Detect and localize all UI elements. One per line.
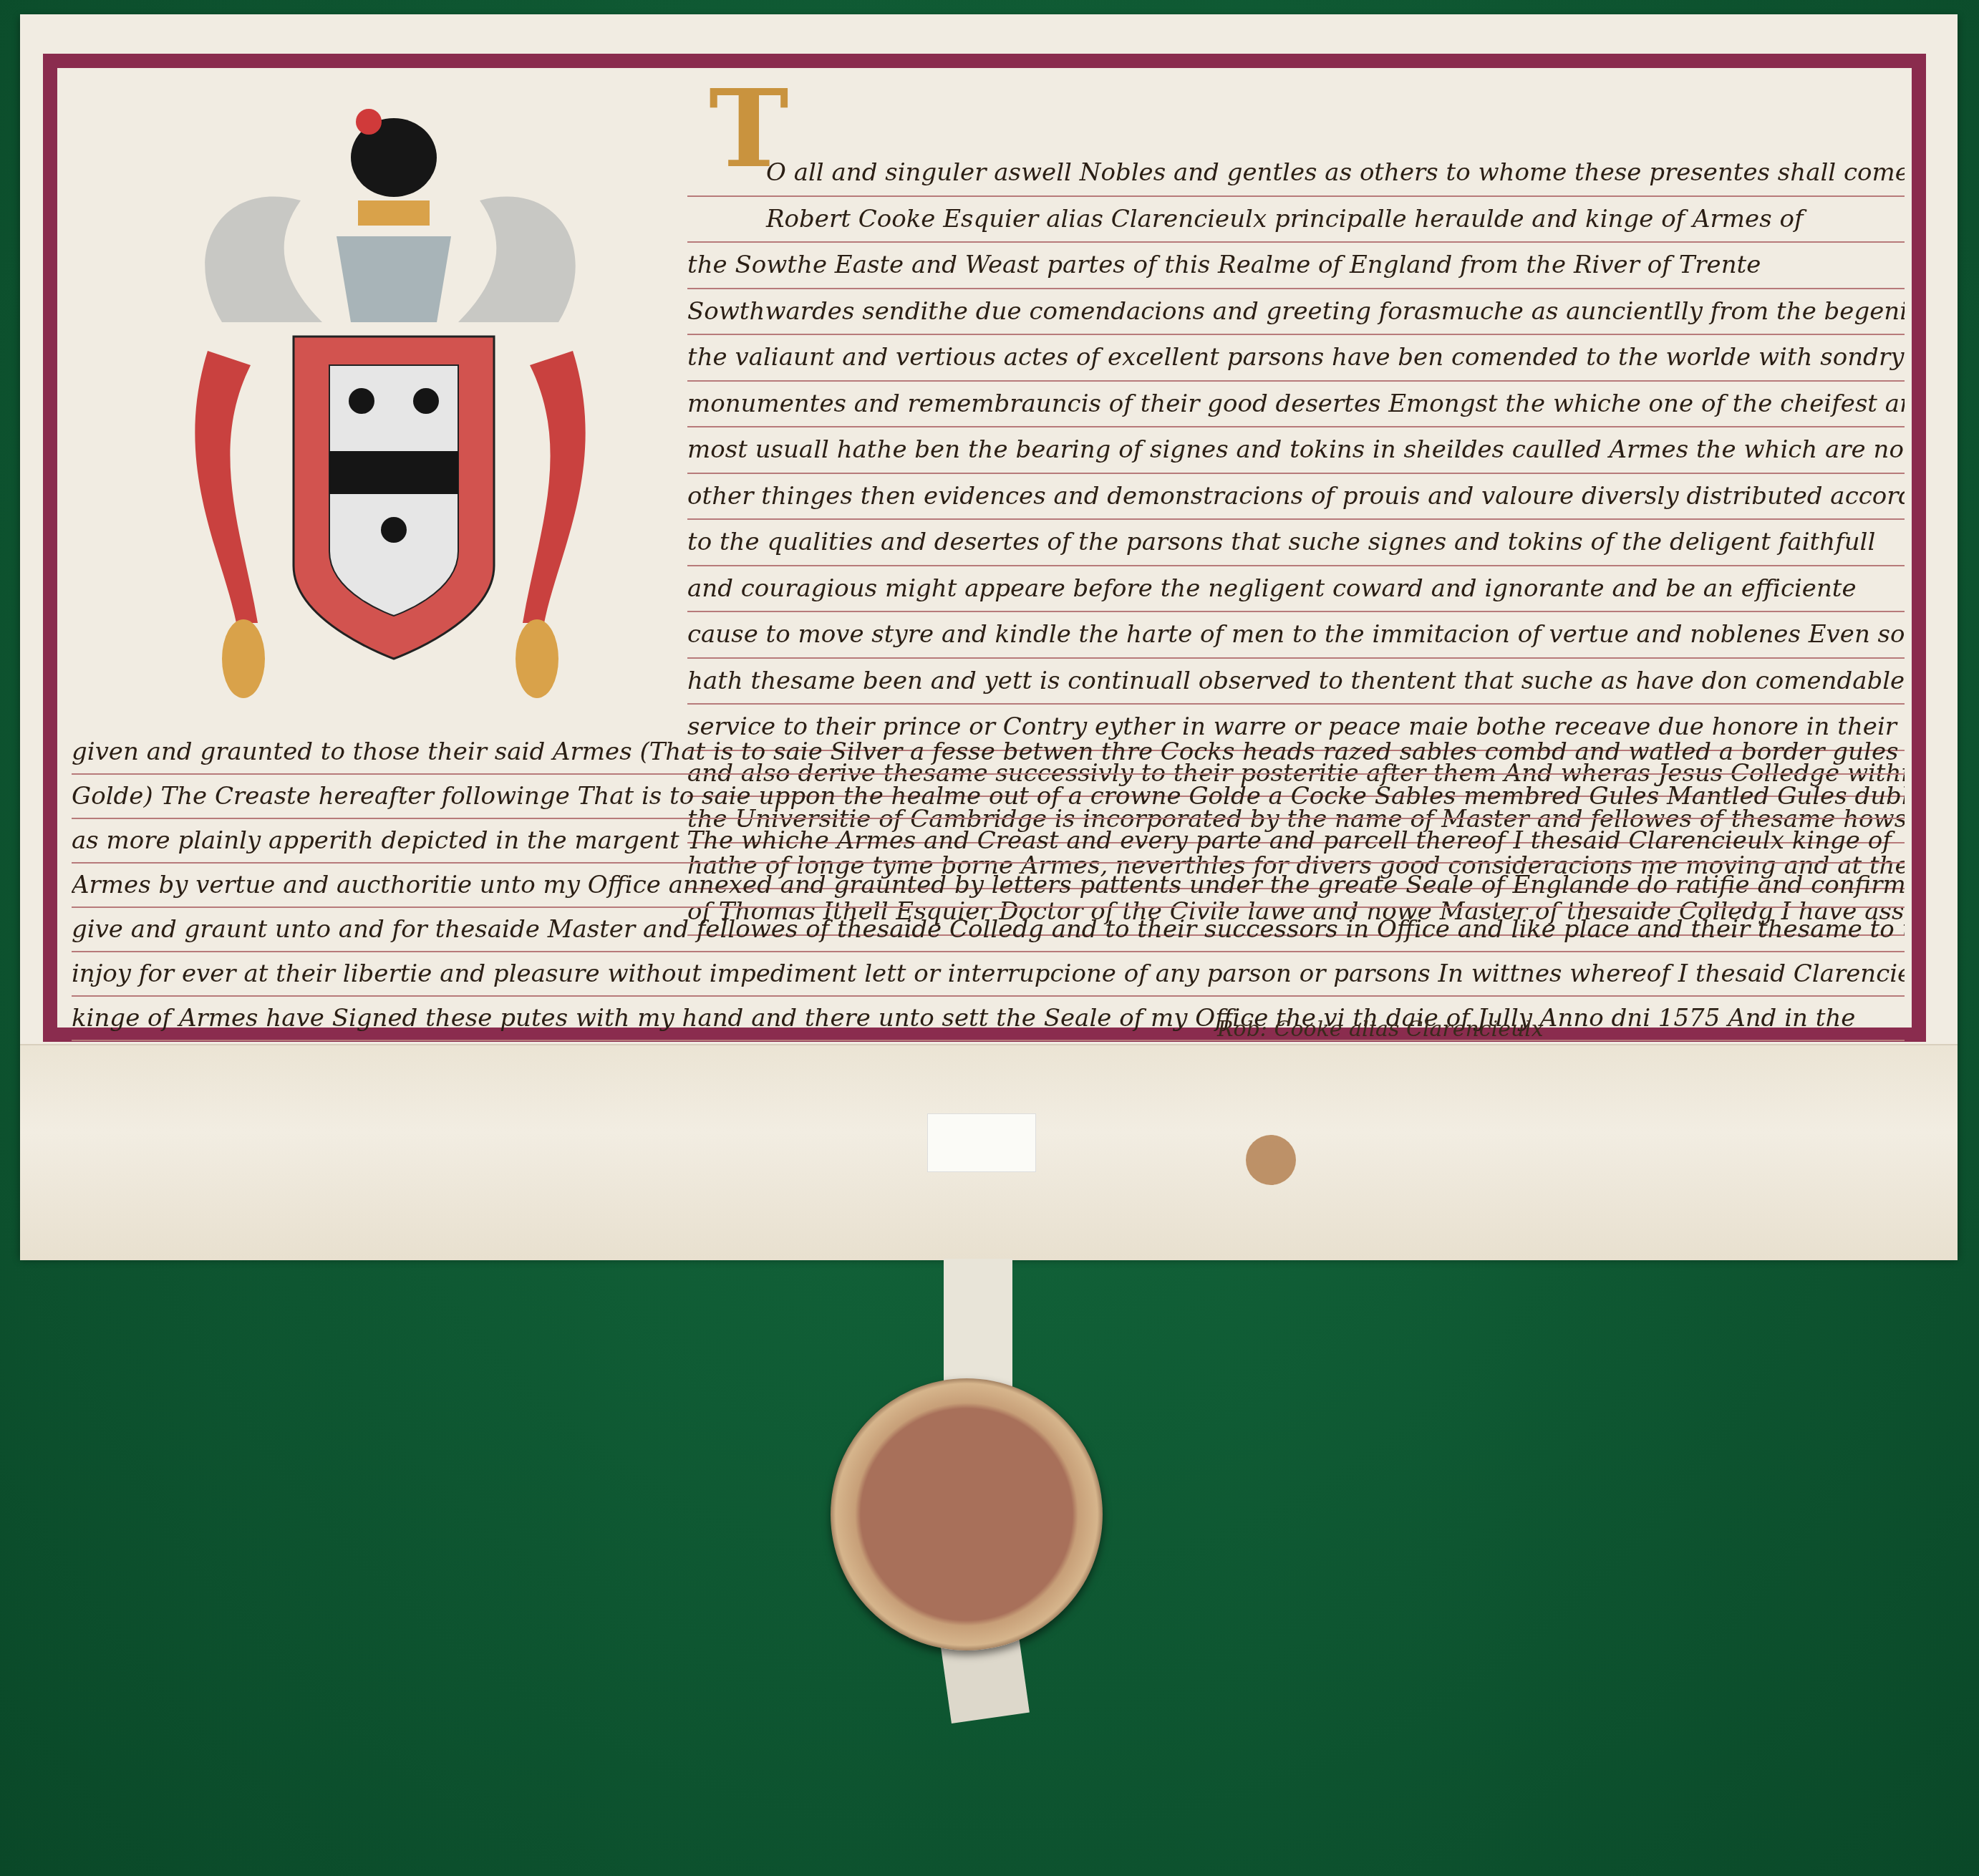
wax-seal (831, 1378, 1103, 1650)
text-line: Robert Cooke Esquier alias Clarencieulx … (687, 197, 1905, 243)
signature: Rob: Cooke alias Clarencieulx (1217, 1017, 1544, 1042)
paper-label (927, 1113, 1036, 1172)
text-line: monumentes and remembrauncis of their go… (687, 382, 1905, 428)
stain (1246, 1135, 1296, 1185)
text-line: the Sowthe Easte and Weast partes of thi… (687, 243, 1905, 289)
text-line: hath thesame been and yett is continuall… (687, 659, 1905, 705)
text-line: given and graunted to those their said A… (72, 730, 1905, 775)
text-line: O all and singuler aswell Nobles and gen… (687, 150, 1905, 197)
text-line: to the qualities and desertes of the par… (687, 520, 1905, 566)
text-line: as more plainly apperith depicted in the… (72, 819, 1905, 864)
text-line: cause to move styre and kindle the harte… (687, 612, 1905, 659)
text-line: and couragious might appeare before the … (687, 566, 1905, 613)
text-line: Armes by vertue and aucthoritie unto my … (72, 864, 1905, 908)
text-line: other thinges then evidences and demonst… (687, 474, 1905, 521)
text-line: kinge of Armes have Signed these putes w… (72, 997, 1905, 1041)
lower-text-block: given and graunted to those their said A… (72, 730, 1905, 1086)
text-line: Golde) The Creaste hereafter followinge … (72, 775, 1905, 819)
coat-of-arms (179, 107, 601, 702)
text-line: most usuall hathe ben the bearing of sig… (687, 427, 1905, 474)
text-line: injoy for ever at their libertie and ple… (72, 952, 1905, 997)
text-line: give and graunt unto and for thesaide Ma… (72, 908, 1905, 952)
text-line: Sowthwardes sendithe due comendacions an… (687, 289, 1905, 336)
text-line: the valiaunt and vertious actes of excel… (687, 335, 1905, 382)
